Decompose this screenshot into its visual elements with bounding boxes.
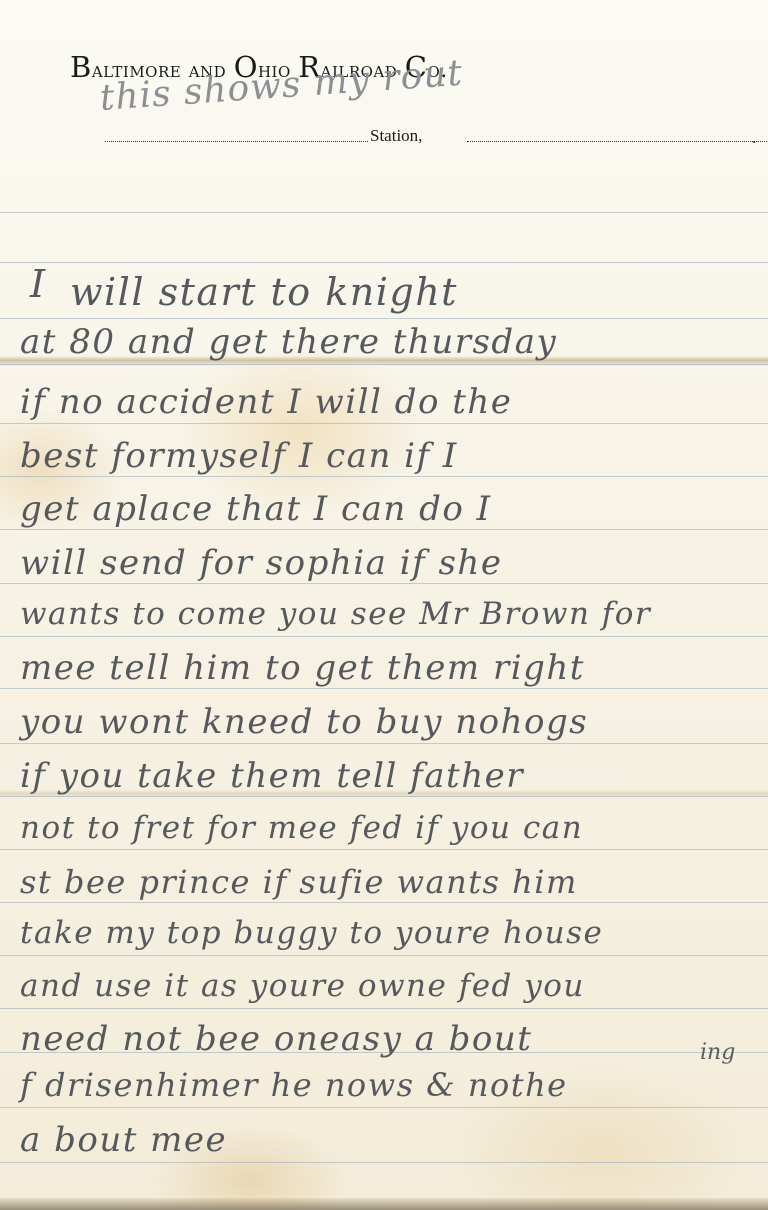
ruled-line <box>0 1162 768 1163</box>
ruled-line <box>0 849 768 850</box>
trailing-mark: . <box>752 130 756 148</box>
letter-line: wants to come you see Mr Brown for <box>20 596 651 632</box>
letter-line: need not bee oneasy a bout <box>20 1019 532 1059</box>
letter-page: Baltimore and Ohio Railroad Co. this sho… <box>0 0 768 1210</box>
ruled-line <box>0 743 768 744</box>
ruled-line <box>0 636 768 637</box>
letter-line: if no accident I will do the <box>20 382 512 422</box>
letter-line: will start to knight <box>70 270 458 314</box>
ruled-line <box>0 955 768 956</box>
letter-line: you wont kneed to buy nohogs <box>20 702 588 742</box>
date-blank <box>467 140 768 142</box>
letter-line: not to fret for mee fed if you can <box>20 810 583 846</box>
ruled-line <box>0 318 768 319</box>
station-date-line: Station, 188 <box>105 122 725 146</box>
letter-line: get aplace that I can do I <box>20 489 492 529</box>
letter-line: will send for sophia if she <box>20 543 502 583</box>
letter-line: at 80 and get there thursday <box>20 322 557 362</box>
letter-line: take my top buggy to youre house <box>20 915 603 951</box>
ruled-line <box>0 902 768 903</box>
ruled-line <box>0 1107 768 1108</box>
ruled-line <box>0 1008 768 1009</box>
ruled-line <box>0 423 768 424</box>
letter-line: I <box>30 262 47 306</box>
letter-line: a bout mee <box>20 1120 227 1160</box>
insertion-above-line: ing <box>700 1040 735 1065</box>
letter-line: st bee prince if sufie wants him <box>20 863 578 901</box>
ruled-line <box>0 212 768 213</box>
letter-line: mee tell him to get them right <box>20 648 585 688</box>
ruled-line <box>0 583 768 584</box>
ruled-line <box>0 262 768 263</box>
company-initial: B <box>70 50 92 84</box>
station-label: Station, <box>370 126 422 146</box>
letter-line: f drisenhimer he nows & nothe <box>20 1066 568 1104</box>
ruled-line <box>0 476 768 477</box>
ruled-line <box>0 688 768 689</box>
page-bottom-edge <box>0 1198 768 1210</box>
ruled-line <box>0 529 768 530</box>
station-blank <box>105 140 368 142</box>
letter-line: best formyself I can if I <box>20 436 458 476</box>
letter-line: if you take them tell father <box>20 756 524 796</box>
letter-line: and use it as youre owne fed you <box>20 968 585 1004</box>
